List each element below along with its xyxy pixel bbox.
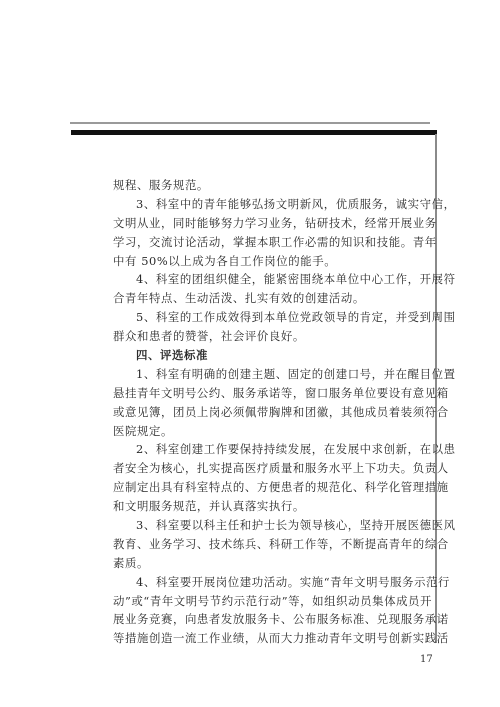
text-line: 5、科室的工作成效得到本单位党政领导的肯定，并受到周围 [113, 308, 431, 327]
text-line: 等措施创造一流工作业绩，从而大力推动青年文明号创新实践活 [113, 629, 431, 648]
text-line: 3、科室要以科主任和护士长为领导核心，坚持开展医德医风 [113, 516, 431, 535]
text-line: 2、科室创建工作要保持持续发展，在发展中求创新，在以患 [113, 440, 431, 459]
text-line: 群众和患者的赞誉，社会评价良好。 [113, 327, 431, 346]
text-line: 动”或“青年文明号节约示范行动”等，如组织动员集体成员开 [113, 592, 431, 611]
text-line: 医院规定。 [113, 422, 431, 441]
section-heading: 四、评选标准 [113, 346, 431, 365]
text-line: 应制定出具有科室特点的、方便患者的规范化、科学化管理措施 [113, 478, 431, 497]
text-line: 4、科室要开展岗位建功活动。实施“青年文明号服务示范行 [113, 573, 431, 592]
text-line: 3、科室中的青年能够弘扬文明新风，优质服务，诚实守信， [113, 195, 431, 214]
text-line: 文明从业，同时能够努力学习业务，钻研技术，经常开展业务 [113, 214, 431, 233]
body-text: 规程、服务规范。 3、科室中的青年能够弘扬文明新风，优质服务，诚实守信， 文明从… [113, 176, 431, 648]
text-line: 学习，交流讨论活动，掌握本职工作必需的知识和技能。青年 [113, 233, 431, 252]
text-line: 者安全为核心，扎实提高医疗质量和服务水平上下功夫。负责人 [113, 459, 431, 478]
text-line: 1、科室有明确的创建主题、固定的创建口号，并在醒目位置 [113, 365, 431, 384]
header-thick-rule [71, 130, 437, 135]
text-line: 展业务竞赛，向患者发放服务卡、公布服务标准、兑现服务承诺 [113, 610, 431, 629]
text-line: 悬挂青年文明号公约、服务承诺等，窗口服务单位要设有意见箱 [113, 384, 431, 403]
text-line: 4、科室的团组织健全，能紧密围绕本单位中心工作，开展符 [113, 270, 431, 289]
text-line: 和文明服务规范，并认真落实执行。 [113, 497, 431, 516]
text-line: 规程、服务规范。 [113, 176, 431, 195]
text-line: 素质。 [113, 554, 431, 573]
text-line: 合青年特点、生动活泼、扎实有效的创建活动。 [113, 289, 431, 308]
text-line: 教育、业务学习、技术练兵、科研工作等，不断提高青年的综合 [113, 535, 431, 554]
text-line: 或意见簿，团员上岗必须佩带胸牌和团徽，其他成员着装须符合 [113, 403, 431, 422]
page-number: 17 [420, 654, 433, 665]
header-thin-rule [70, 122, 430, 124]
text-line: 中有 50%以上成为各自工作岗位的能手。 [113, 252, 431, 271]
